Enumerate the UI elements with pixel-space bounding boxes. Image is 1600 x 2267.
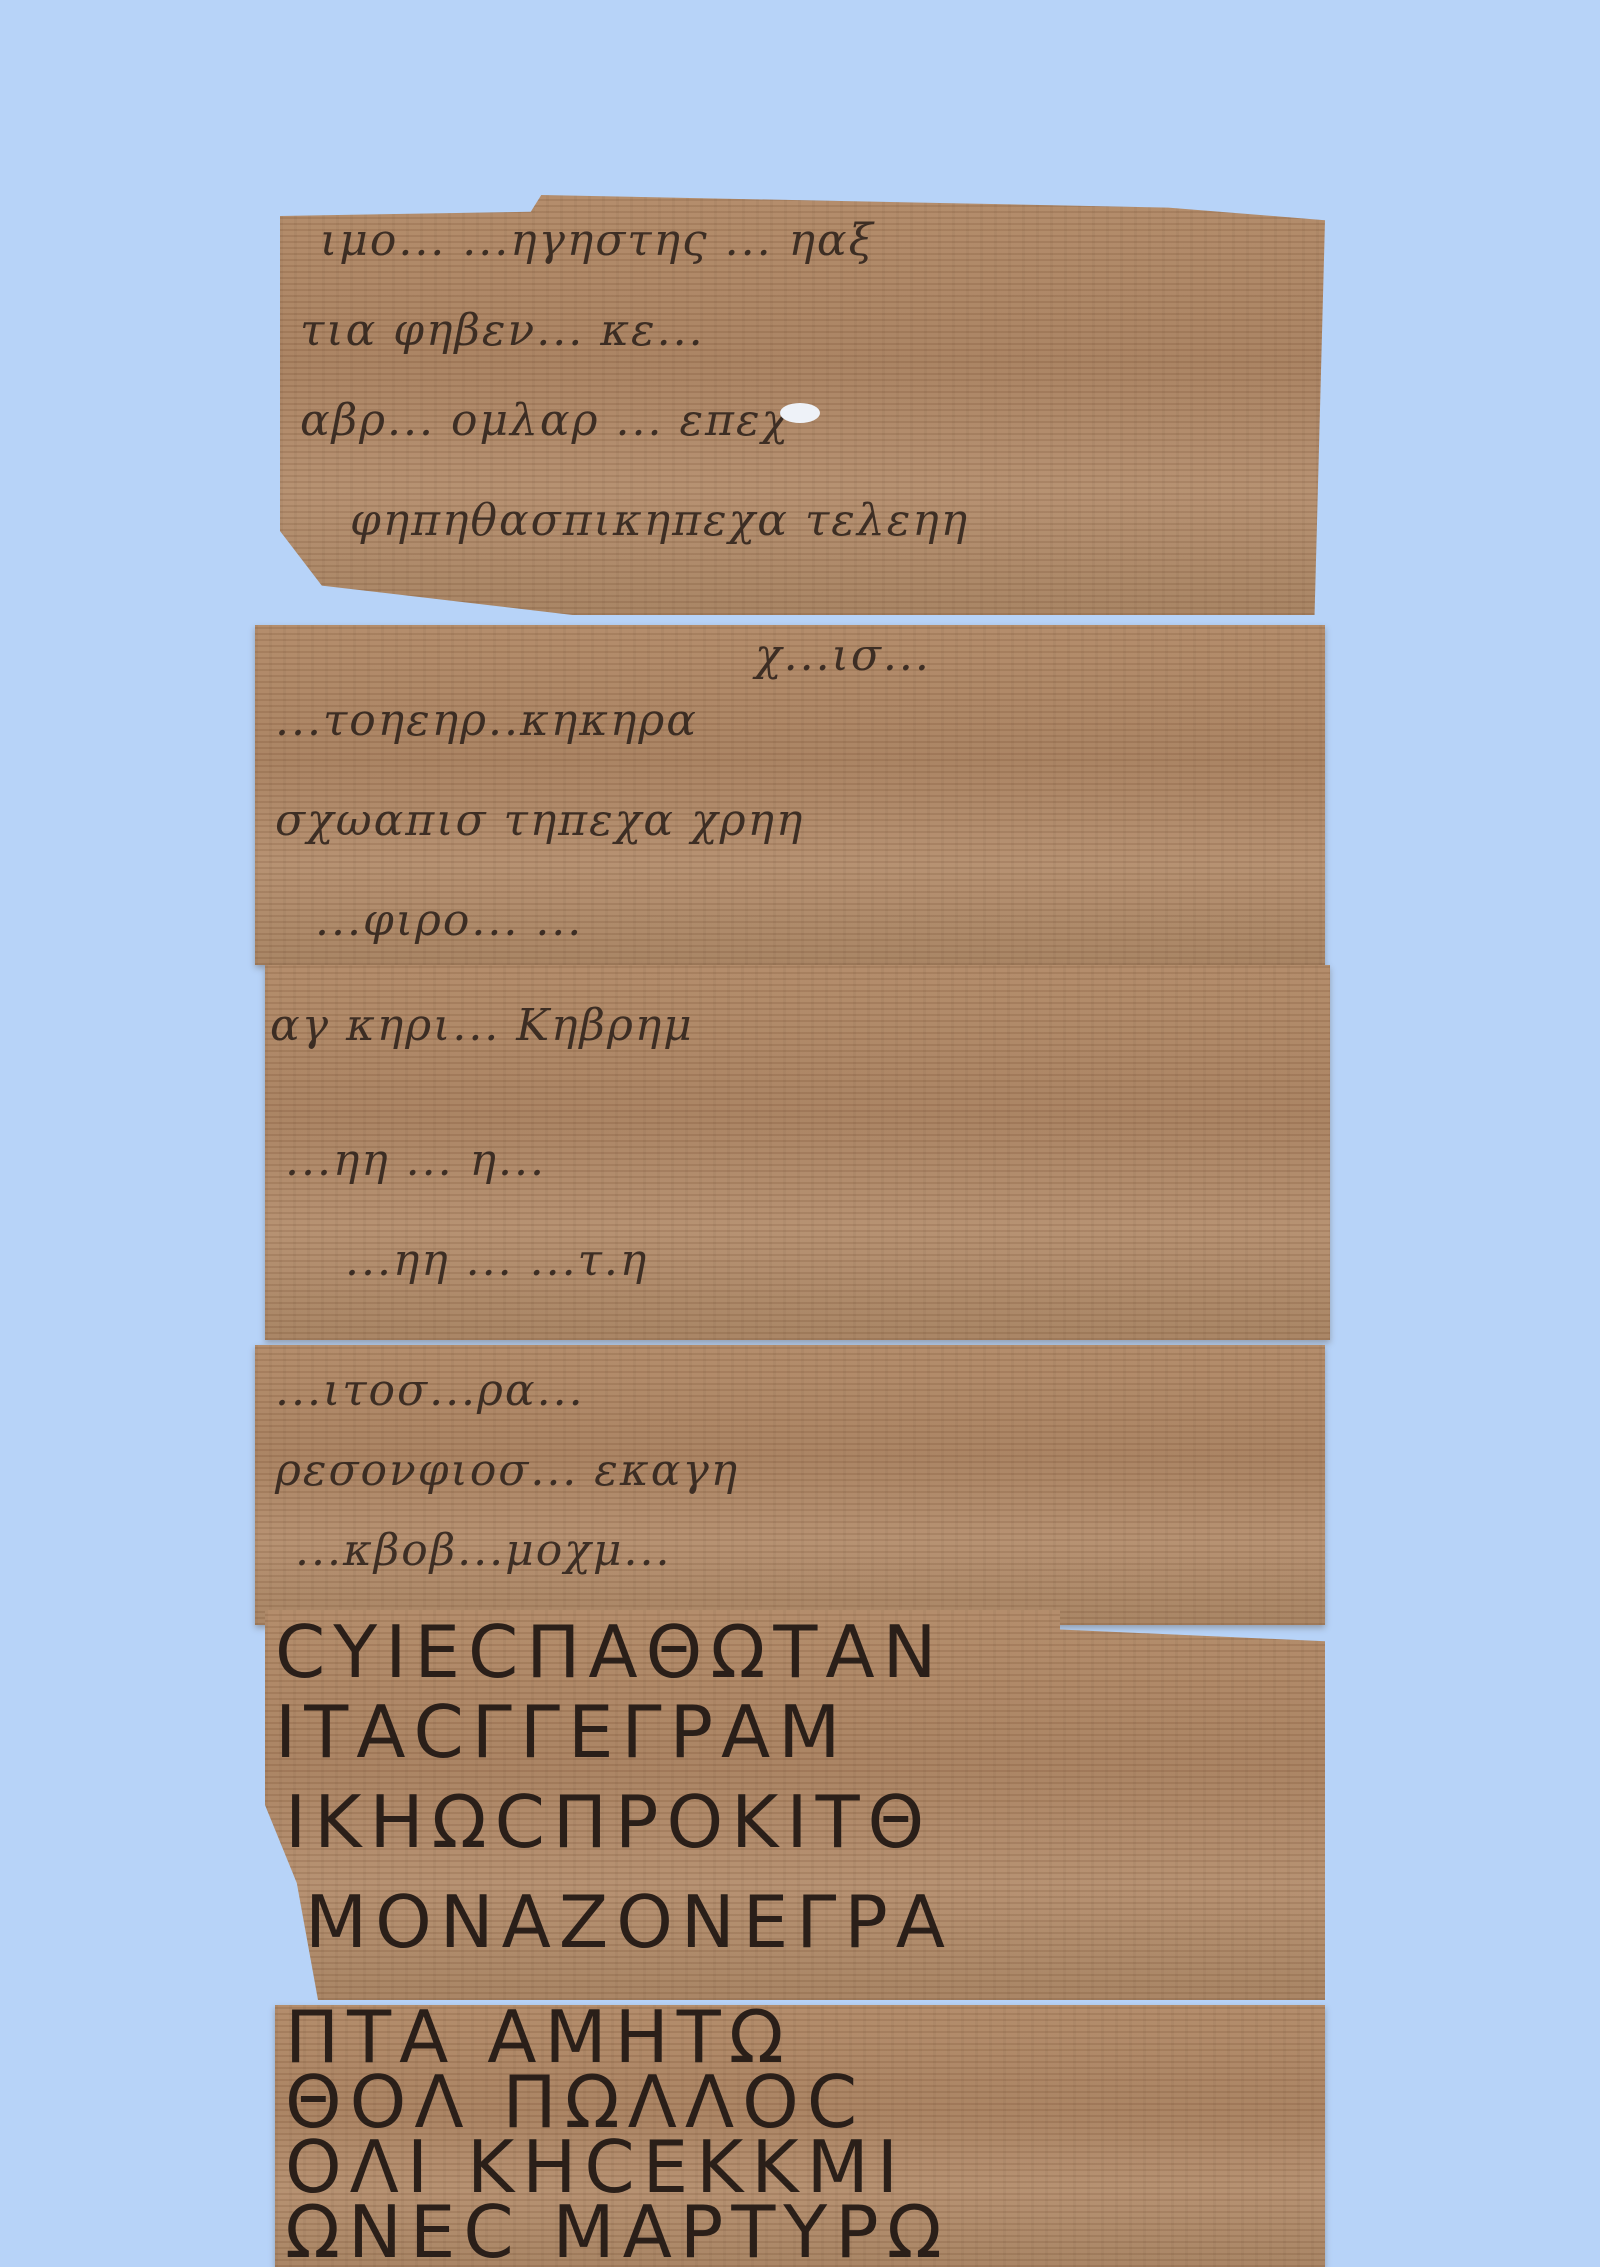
papyrus-fragment-6: ΠΤΑ ΑΜΗΤΩ ΘΟΛ ΠΩΛΛΟϹ ΟΛΙ ΚΗϹΕΚΚΜΙ ΩΝΕϹ Μ… <box>275 2005 1325 2267</box>
text-line: σχωαπισ τηπεχα χρηη <box>275 795 1325 846</box>
text-line: ΜΟΝΑΖΟΝΕΓΡΑ <box>305 1880 1325 1964</box>
papyrus-fragment-5: ϹΥΙΕϹΠΑΘΩΤΑΝ ΙΤΑϹΓΓΕΓΡΑΜ ΙΚΗΩϹΠΡΟΚΙΤΘ ΜΟ… <box>265 1610 1325 2000</box>
papyrus-fragment-4: ...ιτοσ...ρα... ρεσονφιοσ... εκαγη ...κβ… <box>255 1345 1325 1625</box>
text-line: ΙΚΗΩϹΠΡΟΚΙΤΘ <box>285 1780 1325 1864</box>
text-line: ...φιρο... ... <box>315 895 1325 946</box>
text-line: ...ιτοσ...ρα... <box>275 1365 1325 1416</box>
text-line: ΩΝΕϹ ΜΑΡΤΥΡΩ <box>285 2190 1325 2267</box>
text-line: αγ κηρι... Κηβρημ <box>270 1000 1330 1051</box>
papyrus-fragment-3: αγ κηρι... Κηβρημ ...ηη ... η... ...ηη .… <box>265 965 1330 1340</box>
text-line: φηπηθασπικηπεχα τελεηη <box>350 495 1325 546</box>
text-line: ...κβοβ...μοχμ... <box>295 1525 1325 1576</box>
text-line: ...τοηεηρ..κηκηρα <box>275 695 1325 746</box>
papyrus-fragment-2: χ...ισ... ...τοηεηρ..κηκηρα σχωαπισ τηπε… <box>255 625 1325 965</box>
text-line: ...ηη ... η... <box>285 1135 1330 1186</box>
hole <box>780 403 820 423</box>
text-line: ΙΤΑϹΓΓΕΓΡΑΜ <box>275 1690 1325 1774</box>
text-line: ...ηη ... ...τ.η <box>345 1235 1330 1286</box>
papyrus-fragment-1: ιμο... ...ηγηστης ... ηαξ τια φηβεν... κ… <box>280 195 1325 615</box>
text-line: τια φηβεν... κε... <box>300 305 1325 356</box>
text-line: ρεσονφιοσ... εκαγη <box>275 1445 1325 1496</box>
text-line: ιμο... ...ηγηστης ... ηαξ <box>320 215 1325 266</box>
text-line: χ...ισ... <box>755 630 1325 681</box>
